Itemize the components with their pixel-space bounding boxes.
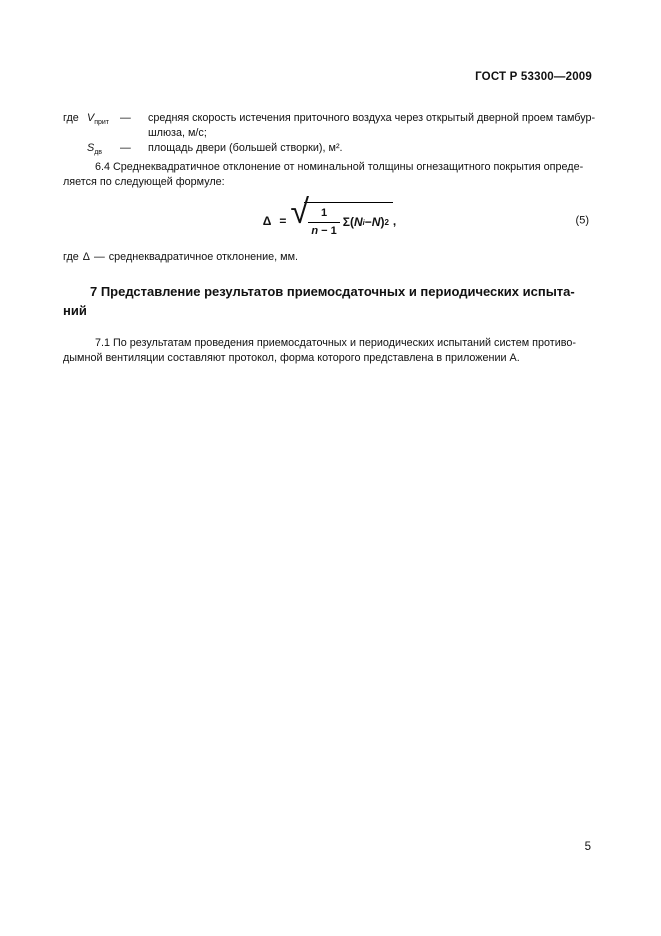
formula-trailing-comma: , <box>393 214 396 229</box>
where-label: где <box>63 111 87 126</box>
formula-5: Δ = √ 1 n − 1 Σ ( N i − N ) 2 , <box>259 202 396 240</box>
document-page: ГОСТ Р 53300—2009 где Vприт — средняя ск… <box>0 0 661 936</box>
formula-var-n-mean: N <box>372 215 381 230</box>
term-symbol-v: Vприт <box>87 111 120 130</box>
delta-symbol: Δ <box>83 251 90 263</box>
term-description-v: средняя скорость истечения приточного во… <box>148 111 592 141</box>
section-7-heading: 7 Представление результатов приемосдаточ… <box>63 282 592 320</box>
equation-number: (5) <box>576 214 589 229</box>
definition-term-s: Sдв — площадь двери (большей створки), м… <box>63 141 592 160</box>
radical-sign-icon: √ <box>290 195 309 229</box>
definitions-block: где Vприт — средняя скорость истечения п… <box>63 111 592 160</box>
formula-delta-symbol: Δ <box>259 214 276 229</box>
formula-fraction: 1 n − 1 <box>308 206 339 239</box>
formula-equals: = <box>275 214 290 229</box>
paragraph-7-1: 7.1 По результатам проведения приемосдат… <box>63 336 592 366</box>
clause-6-4-paragraph: 6.4 Среднеквадратичное отклонение от ном… <box>63 160 592 190</box>
term-description-s: площадь двери (большей створки), м². <box>148 141 592 156</box>
term-symbol-s-subscript: дв <box>94 149 102 156</box>
term-symbol-v-subscript: прит <box>94 119 109 126</box>
doc-header-code: ГОСТ Р 53300—2009 <box>63 70 592 85</box>
term-dash: — <box>120 141 148 156</box>
formula-sigma: Σ <box>343 215 350 230</box>
formula-exponent: 2 <box>384 215 388 230</box>
formula-var-ni: N <box>354 215 363 230</box>
formula-5-row: Δ = √ 1 n − 1 Σ ( N i − N ) 2 , (5) <box>63 201 592 241</box>
formula-square-root: √ 1 n − 1 Σ ( N i − N ) 2 <box>304 202 393 240</box>
term-dash: — <box>120 111 148 126</box>
where-delta-line: гдеΔ—среднеквадратичное отклонение, мм. <box>63 250 592 265</box>
term-symbol-s: Sдв <box>87 141 120 160</box>
definition-term-v: где Vприт — средняя скорость истечения п… <box>63 111 592 141</box>
page-number: 5 <box>585 840 591 855</box>
